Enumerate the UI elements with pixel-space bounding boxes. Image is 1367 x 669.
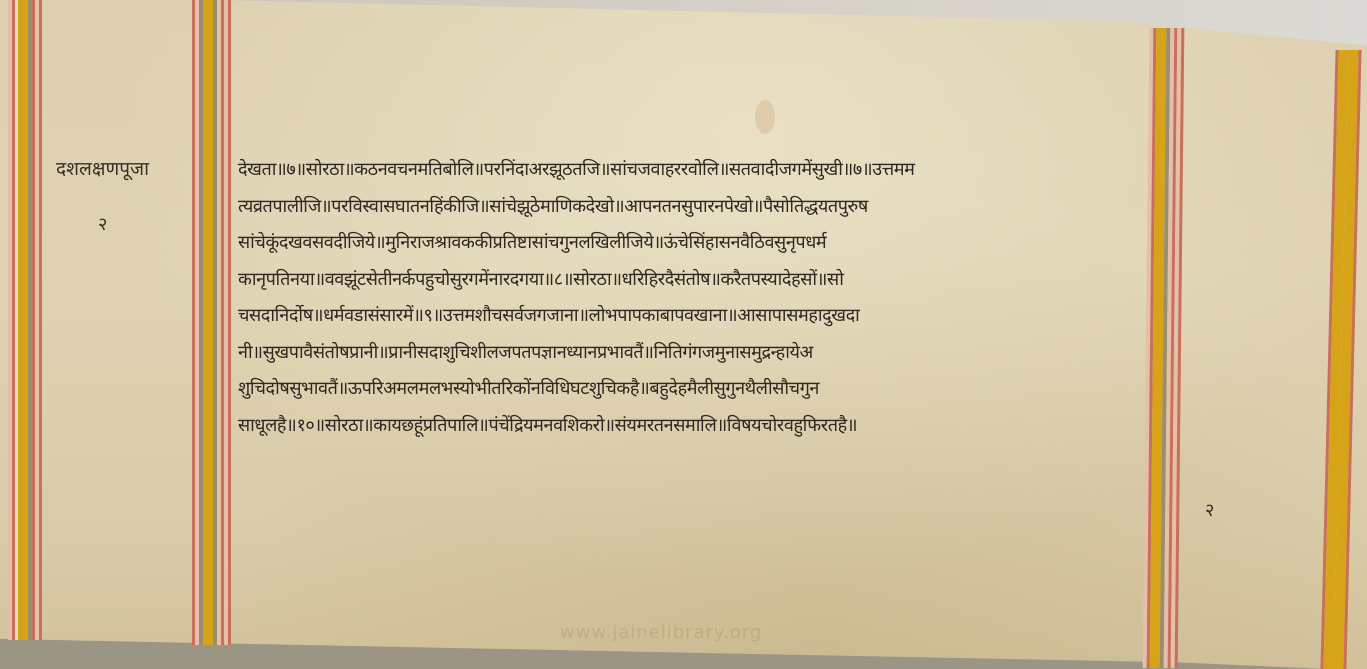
manuscript-folio: दशलक्षणपूजा २ २ देखता॥७॥सोरठा॥कठनवचनमतिब…	[0, 0, 1367, 669]
text-line: देखता॥७॥सोरठा॥कठनवचनमतिबोलि॥परनिंदाअरझूठ…	[238, 152, 1160, 189]
text-line: सांचेकूंदखवसवदीजिये॥मुनिराजश्रावककीप्रति…	[238, 225, 1160, 262]
text-line: कानृपतिनया॥ववझूंटसेतीनर्कपहुचोसुरगमेंनार…	[238, 262, 1160, 299]
margin-folio-number: २	[98, 212, 107, 236]
text-left-border-band	[192, 0, 231, 645]
text-line: चसदानिर्दोष॥धर्मवडासंसारमें॥९॥उत्तमशौचसर…	[238, 298, 1160, 335]
margin-title: दशलक्षणपूजा	[56, 155, 149, 181]
text-line: नी॥सुखपावैसंतोषप्रानी॥प्रानीसदाशुचिशीलजप…	[238, 335, 1160, 372]
watermark: www.jainelibrary.org	[560, 622, 762, 643]
manuscript-text-block: देखता॥७॥सोरठा॥कठनवचनमतिबोलि॥परनिंदाअरझूठ…	[238, 152, 1160, 444]
text-line: साधूलहै॥१०॥सोरठा॥कायछहूंप्रतिपालि॥पंचेंद…	[238, 408, 1160, 445]
paper-stain	[755, 100, 775, 134]
left-border-band	[8, 0, 42, 640]
text-line: त्यव्रतपालीजि॥परविस्वासघातनहिंकीजि॥सांचे…	[238, 189, 1160, 226]
text-line: शुचिदोषसुभावतैं॥ऊपरिअमलमलभस्योभीतरिकोंनव…	[238, 371, 1160, 408]
right-folio-number: २	[1205, 498, 1214, 522]
